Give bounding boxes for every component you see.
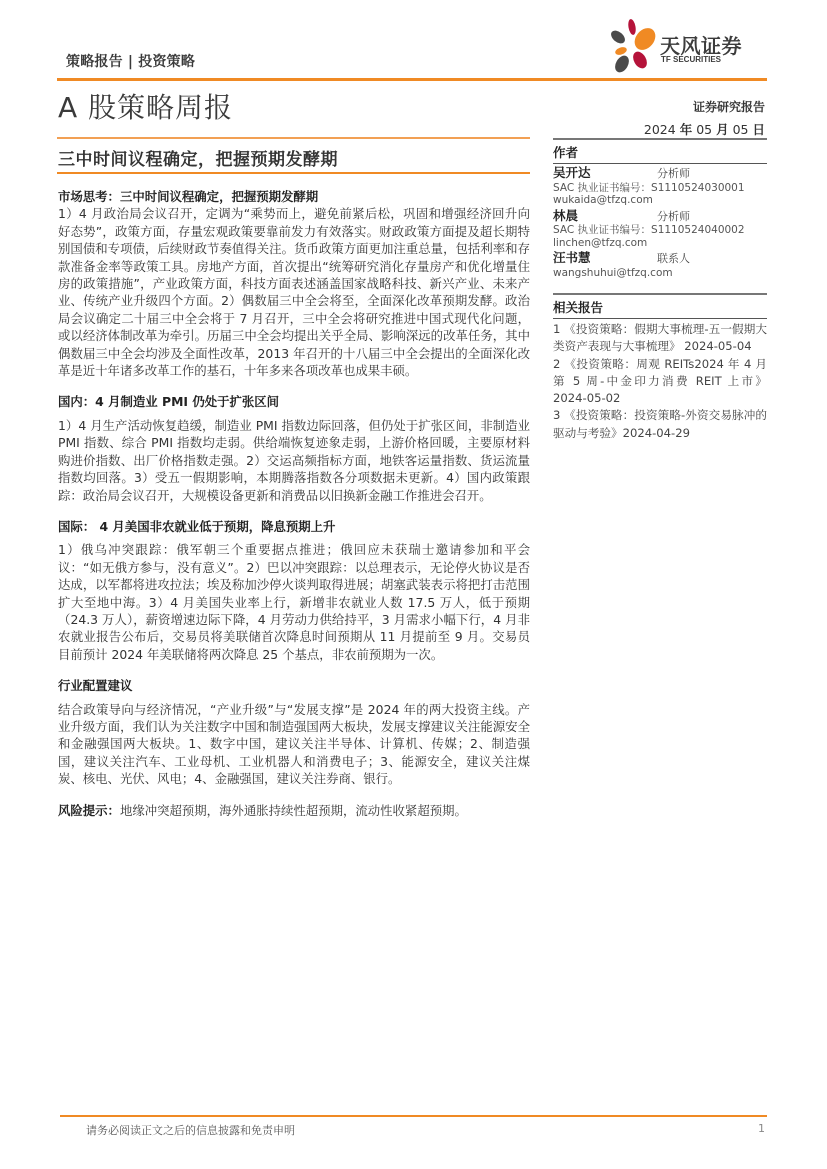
section-international: 国际： 4 月美国非农就业低于预期，降息预期上升 1）俄乌冲突跟踪：俄军朝三个重…	[58, 518, 530, 663]
related-report-item[interactable]: 3 《投资策略：投资策略-外资交易脉冲的驱动与考验》2024-04-29	[553, 407, 767, 442]
author-email[interactable]: linchen@tfzq.com	[553, 237, 767, 250]
header-divider	[57, 78, 767, 81]
risk-label: 风险提示：	[58, 803, 120, 818]
author-role: 联系人	[657, 252, 690, 266]
section-heading: 市场思考：三中时间议程确定，把握预期发酵期	[58, 188, 530, 205]
main-content: 市场思考：三中时间议程确定，把握预期发酵期 1）4 月政治局会议召开，定调为“乘…	[58, 188, 530, 833]
date-month: 05	[696, 122, 712, 137]
page-number: 1	[758, 1122, 765, 1135]
subtitle-top-divider	[57, 137, 530, 139]
date-month-label: 月	[716, 122, 729, 137]
report-date: 2024 年 05 月 05 日	[644, 120, 765, 138]
footer-divider	[60, 1115, 767, 1117]
report-title: A 股策略周报	[58, 86, 233, 126]
author-card: 汪书慧 联系人 wangshuhui@tfzq.com	[553, 252, 767, 279]
section-industry-allocation: 行业配置建议 结合政策导向与经济情况，“产业升级”与“发展支撑”是 2024 年…	[58, 677, 530, 787]
related-reports: 相关报告 1 《投资策略：假期大事梳理-五一假期大类资产表现与大事梳理》 202…	[553, 293, 767, 442]
date-year-label: 年	[680, 122, 693, 137]
tf-flower-logo-icon	[610, 18, 660, 74]
section-body: 1）俄乌冲突跟踪：俄军朝三个重要据点推进；俄回应未获瑞士邀请参加和平会议：“如无…	[58, 541, 530, 663]
section-heading: 国内：4 月制造业 PMI 仍处于扩张区间	[58, 393, 530, 410]
risk-text: 地缘冲突超预期，海外通胀持续性超预期，流动性收紧超预期。	[120, 803, 467, 818]
section-heading: 国际： 4 月美国非农就业低于预期，降息预期上升	[58, 518, 530, 535]
footer-disclaimer: 请务必阅读正文之后的信息披露和免责申明	[86, 1122, 295, 1138]
subtitle-bottom-divider	[57, 172, 530, 174]
related-report-item[interactable]: 1 《投资策略：假期大事梳理-五一假期大类资产表现与大事梳理》 2024-05-…	[553, 321, 767, 356]
date-year: 2024	[644, 122, 676, 137]
section-body: 1）4 月政治局会议召开，定调为“乘势而上，避免前紧后松，巩固和增强经济回升向好…	[58, 205, 530, 379]
author-card: 林晨 分析师 SAC 执业证书编号：S1110524040002 linchen…	[553, 210, 767, 250]
document-type: 证券研究报告	[693, 98, 765, 115]
sidebar-divider	[553, 163, 767, 164]
company-logo: 天风证券 TF SECURITIES	[610, 18, 770, 74]
report-subtitle: 三中时间议程确定，把握预期发酵期	[58, 145, 338, 170]
author-cert: SAC 执业证书编号：S1110524040002	[553, 224, 767, 237]
author-email[interactable]: wukaida@tfzq.com	[553, 194, 767, 207]
authors-heading: 作者	[553, 140, 767, 163]
related-heading: 相关报告	[553, 295, 767, 318]
section-body: 结合政策导向与经济情况，“产业升级”与“发展支撑”是 2024 年的两大投资主线…	[58, 701, 530, 788]
logo-en-text: TF SECURITIES	[661, 55, 721, 64]
author-role: 分析师	[657, 210, 690, 224]
author-name: 吴开达	[553, 167, 657, 181]
section-heading: 行业配置建议	[58, 677, 530, 694]
related-report-item[interactable]: 2 《投资策略：周观 REITs2024 年 4 月第 5 周-中金印力消费 R…	[553, 356, 767, 408]
date-day: 05	[733, 122, 749, 137]
section-market-thinking: 市场思考：三中时间议程确定，把握预期发酵期 1）4 月政治局会议召开，定调为“乘…	[58, 188, 530, 379]
author-name: 林晨	[553, 210, 657, 224]
author-email[interactable]: wangshuhui@tfzq.com	[553, 267, 767, 280]
section-domestic: 国内：4 月制造业 PMI 仍处于扩张区间 1）4 月生产活动恢复趋缓，制造业 …	[58, 393, 530, 503]
sidebar-divider	[553, 318, 767, 319]
sidebar: 作者 吴开达 分析师 SAC 执业证书编号：S1110524030001 wuk…	[553, 138, 767, 442]
author-cert: SAC 执业证书编号：S1110524030001	[553, 182, 767, 195]
report-category: 策略报告 | 投资策略	[66, 51, 195, 71]
risk-warning: 风险提示：地缘冲突超预期，海外通胀持续性超预期，流动性收紧超预期。	[58, 802, 530, 819]
section-body: 1）4 月生产活动恢复趋缓，制造业 PMI 指数边际回落，但仍处于扩张区间，非制…	[58, 417, 530, 504]
date-day-label: 日	[752, 122, 765, 137]
author-card: 吴开达 分析师 SAC 执业证书编号：S1110524030001 wukaid…	[553, 167, 767, 207]
author-role: 分析师	[657, 167, 690, 181]
author-name: 汪书慧	[553, 252, 657, 266]
